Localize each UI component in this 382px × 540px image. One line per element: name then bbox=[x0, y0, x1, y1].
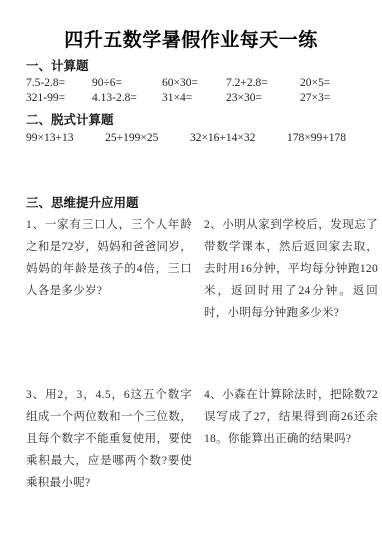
worksheet-page: 四升五数学暑假作业每天一练 一、计算题 7.5-2.8= 90÷6= 60×30… bbox=[0, 0, 382, 540]
word-problems: 1、一家有三口人，三个人年龄之和是72岁，妈妈和爸爸同岁，妈妈的年龄是孩子的4倍… bbox=[26, 214, 356, 494]
calc-problem: 7.2+2.8= bbox=[226, 76, 300, 91]
word-problem-1: 1、一家有三口人，三个人年龄之和是72岁，妈妈和爸爸同岁，妈妈的年龄是孩子的4倍… bbox=[26, 214, 192, 384]
stepwise-problem: 99×13+13 bbox=[26, 131, 73, 146]
calc-problem: 27×3= bbox=[300, 91, 356, 106]
calc-problem: 20×5= bbox=[300, 76, 356, 91]
worksheet-title: 四升五数学暑假作业每天一练 bbox=[26, 30, 356, 52]
stepwise-problem: 25+199×25 bbox=[105, 131, 158, 146]
word-problem-3: 3、用2，3，4.5，6这五个数字组成一个两位数和一个三位数，且每个数字不能重复… bbox=[26, 384, 192, 494]
calc-problem: 60×30= bbox=[162, 76, 226, 91]
calculation-problems: 7.5-2.8= 90÷6= 60×30= 7.2+2.8= 20×5= 321… bbox=[26, 76, 356, 106]
word-problem-4: 4、小森在计算除法时，把除数72误写成了27，结果得到商26还余18。你能算出正… bbox=[204, 384, 378, 494]
word-problem-2: 2、小明从家到学校后，发现忘了带数学课本，然后返回家去取，去时用16分钟，平均每… bbox=[204, 214, 378, 384]
stepwise-problems: 99×13+13 25+199×25 32×16+14×32 178×99+17… bbox=[26, 131, 346, 146]
stepwise-problem: 32×16+14×32 bbox=[190, 131, 255, 146]
section-stepwise-heading: 二、脱式计算题 bbox=[26, 113, 356, 127]
calc-problem: 4.13-2.8= bbox=[92, 91, 162, 106]
stepwise-problem: 178×99+178 bbox=[287, 131, 346, 146]
section-calculation-heading: 一、计算题 bbox=[26, 59, 356, 73]
calc-problem: 7.5-2.8= bbox=[26, 76, 92, 91]
calc-problem: 23×30= bbox=[226, 91, 300, 106]
section-word-problems-heading: 三、思维提升应用题 bbox=[26, 196, 356, 210]
calc-problem: 321-99= bbox=[26, 91, 92, 106]
calc-problem: 90÷6= bbox=[92, 76, 162, 91]
calc-problem: 31×4= bbox=[162, 91, 226, 106]
